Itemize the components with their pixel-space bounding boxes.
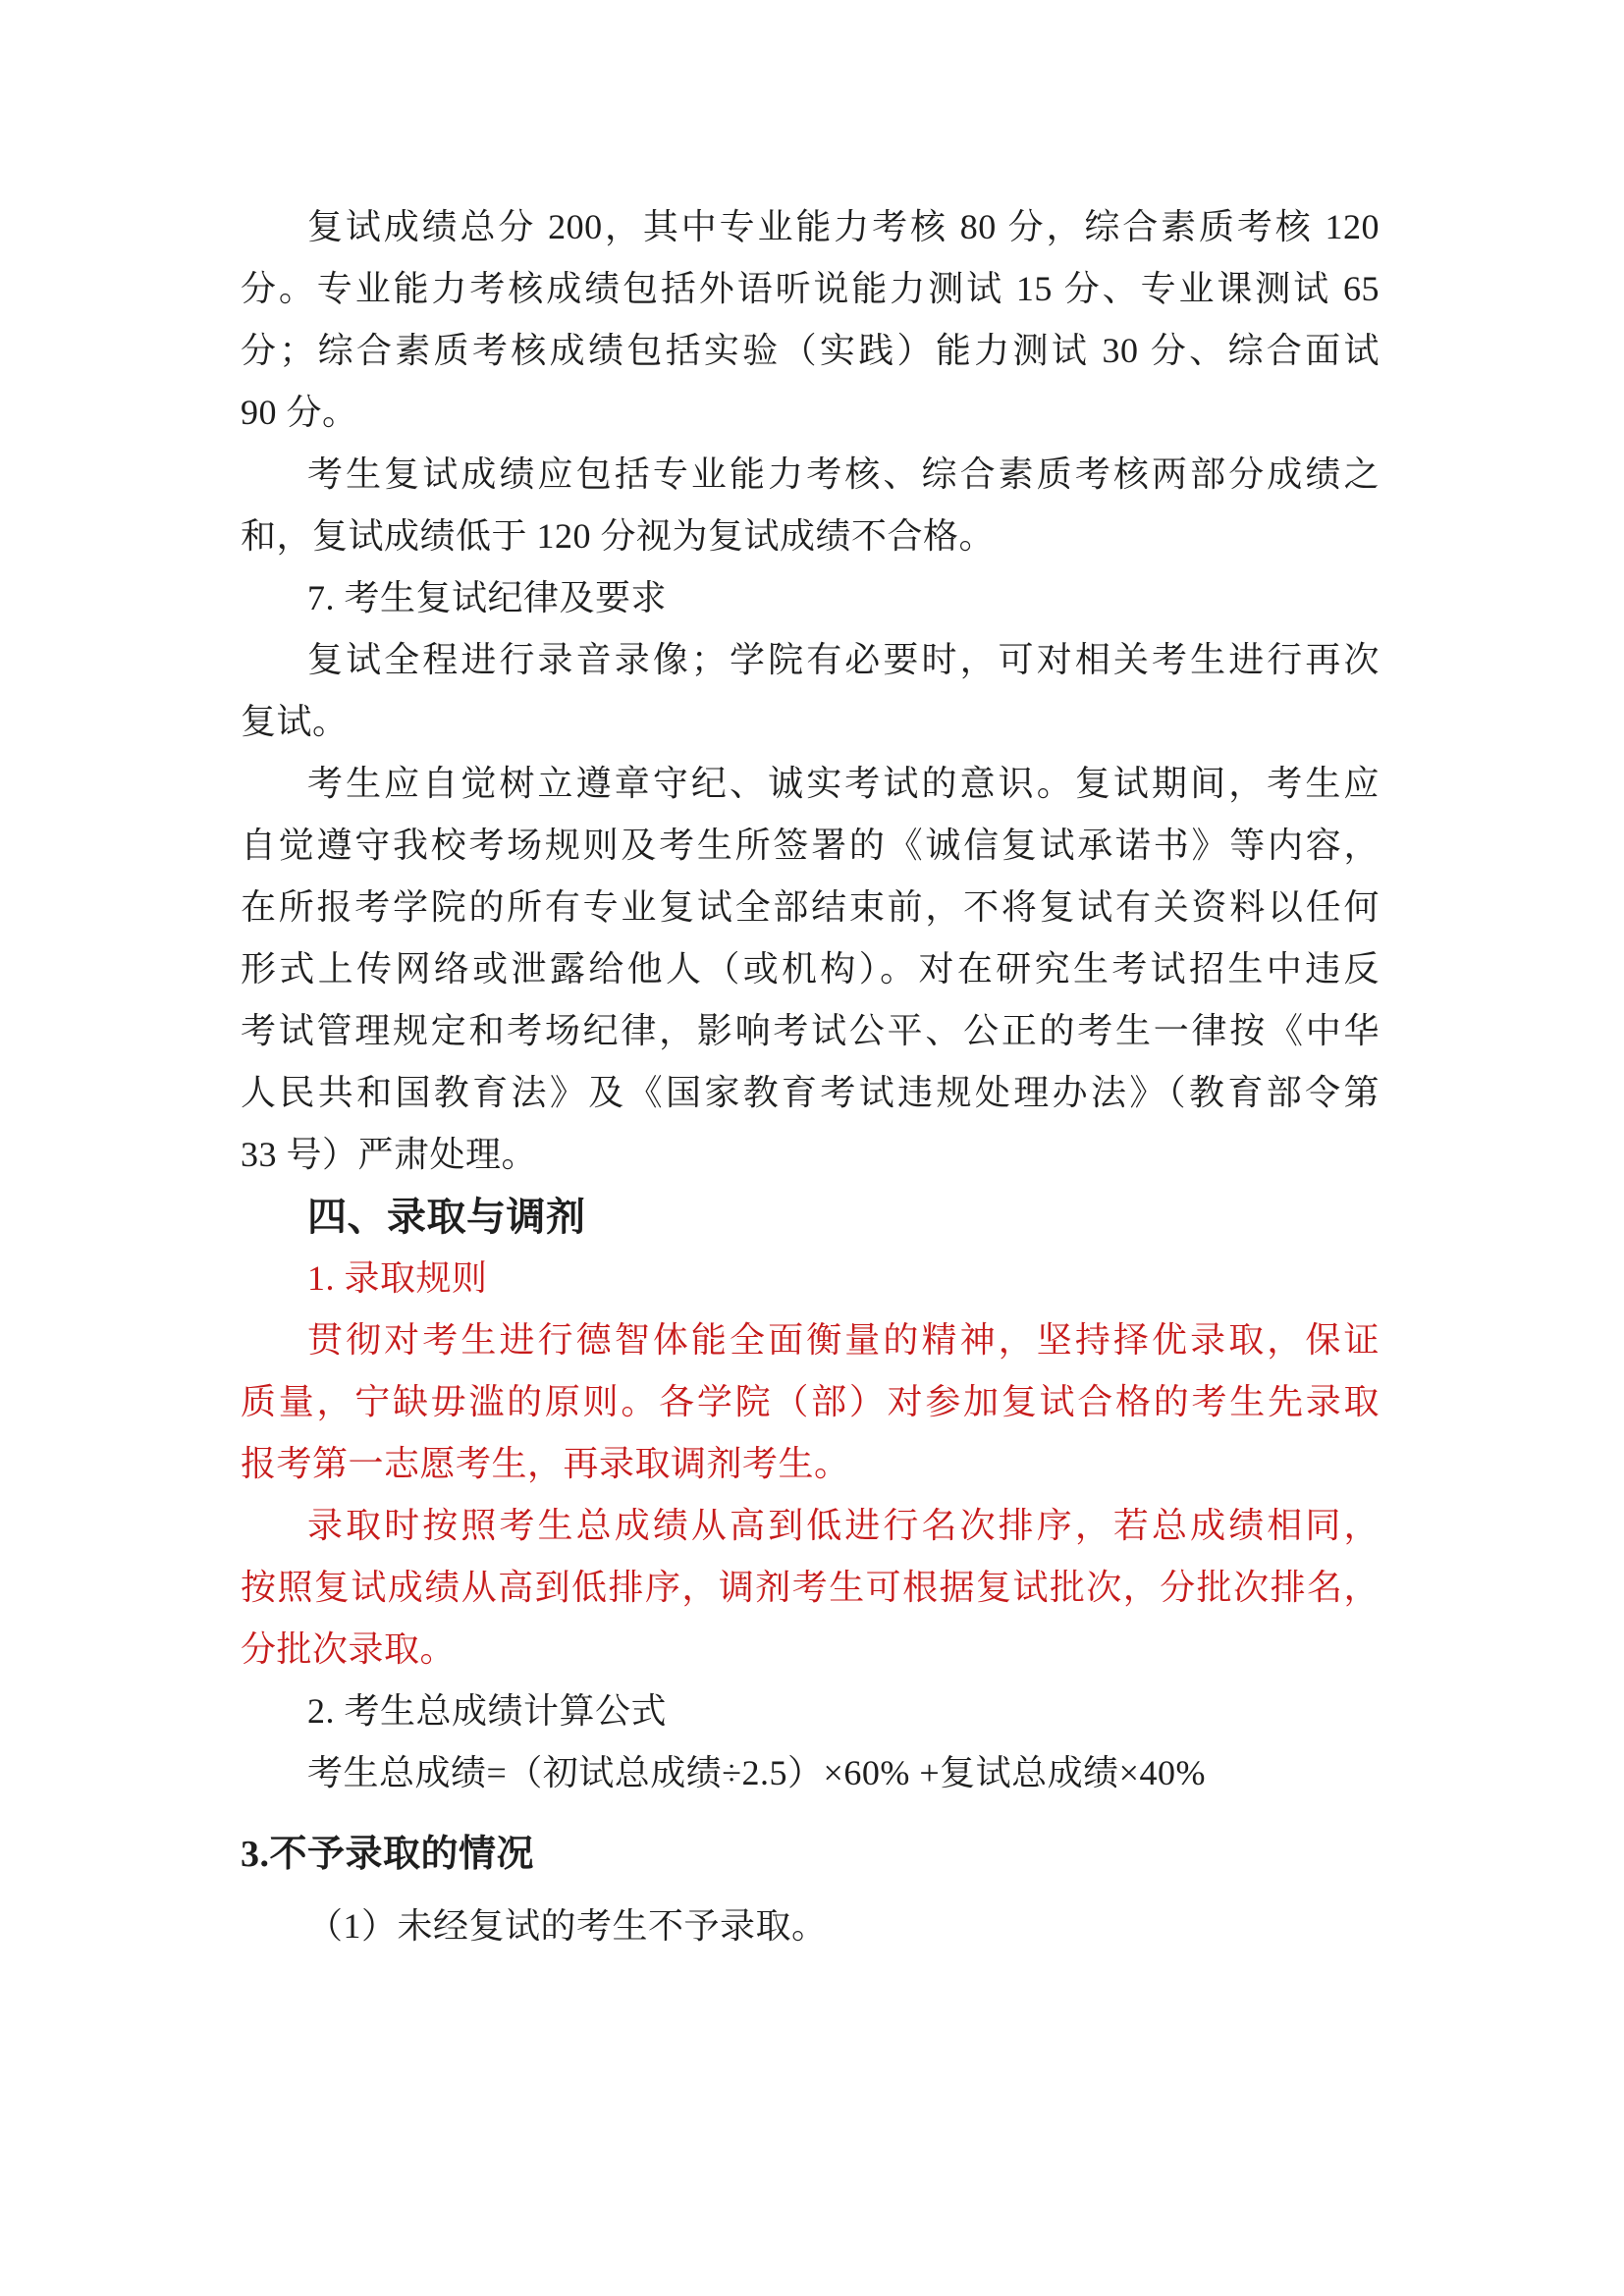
para4-line1: 考生应自觉树立遵章守纪、诚实考试的意识。复试期间，考生应 (241, 753, 1380, 815)
text-block: 复试成绩总分 200，其中专业能力考核 80 分，综合素质考核 120分。专业能… (241, 196, 1380, 1957)
para3-line1: 复试全程进行录音录像；学院有必要时，可对相关考生进行再次 (241, 629, 1380, 691)
para4-line7: 33 号）严肃处理。 (241, 1124, 1380, 1186)
para1-line4: 90 分。 (241, 382, 1380, 444)
para1-line1: 复试成绩总分 200，其中专业能力考核 80 分，综合素质考核 120 (241, 196, 1380, 258)
red-para1-line1: 贯彻对考生进行德智体能全面衡量的精神，坚持择优录取，保证 (241, 1309, 1380, 1371)
red-para2-line2: 按照复试成绩从高到低排序，调剂考生可根据复试批次，分批次排名， (241, 1557, 1380, 1619)
red-para2-line3: 分批次录取。 (241, 1619, 1380, 1681)
para4-line2: 自觉遵守我校考场规则及考生所签署的《诚信复试承诺书》等内容， (241, 815, 1380, 877)
para4-line3: 在所报考学院的所有专业复试全部结束前，不将复试有关资料以任何 (241, 877, 1380, 938)
total-score-formula: 考生总成绩=（初试总成绩÷2.5）×60% +复试总成绩×40% (241, 1742, 1380, 1804)
red-heading-1: 1. 录取规则 (241, 1248, 1380, 1309)
para1-line3: 分；综合素质考核成绩包括实验（实践）能力测试 30 分、综合面试 (241, 320, 1380, 382)
red-para1-line3: 报考第一志愿考生，再录取调剂考生。 (241, 1433, 1380, 1495)
numbered-heading-2: 2. 考生总成绩计算公式 (241, 1681, 1380, 1742)
para5-line1: （1）未经复试的考生不予录取。 (241, 1896, 1380, 1957)
numbered-heading-3: 3.不予录取的情况 (241, 1824, 1380, 1886)
section-heading-4: 四、录取与调剂 (241, 1186, 1380, 1248)
para1-line2: 分。专业能力考核成绩包括外语听说能力测试 15 分、专业课测试 65 (241, 258, 1380, 320)
red-para2-line1: 录取时按照考生总成绩从高到低进行名次排序，若总成绩相同， (241, 1495, 1380, 1557)
document-page: 复试成绩总分 200，其中专业能力考核 80 分，综合素质考核 120分。专业能… (0, 0, 1624, 2296)
para4-line6: 人民共和国教育法》及《国家教育考试违规处理办法》（教育部令第 (241, 1062, 1380, 1124)
para2-line2: 和，复试成绩低于 120 分视为复试成绩不合格。 (241, 506, 1380, 567)
para4-line5: 考试管理规定和考场纪律，影响考试公平、公正的考生一律按《中华 (241, 1000, 1380, 1062)
para3-line2: 复试。 (241, 691, 1380, 753)
numbered-heading-7: 7. 考生复试纪律及要求 (241, 567, 1380, 629)
para4-line4: 形式上传网络或泄露给他人（或机构）。对在研究生考试招生中违反 (241, 938, 1380, 1000)
red-para1-line2: 质量，宁缺毋滥的原则。各学院（部）对参加复试合格的考生先录取 (241, 1371, 1380, 1433)
para2-line1: 考生复试成绩应包括专业能力考核、综合素质考核两部分成绩之 (241, 444, 1380, 506)
